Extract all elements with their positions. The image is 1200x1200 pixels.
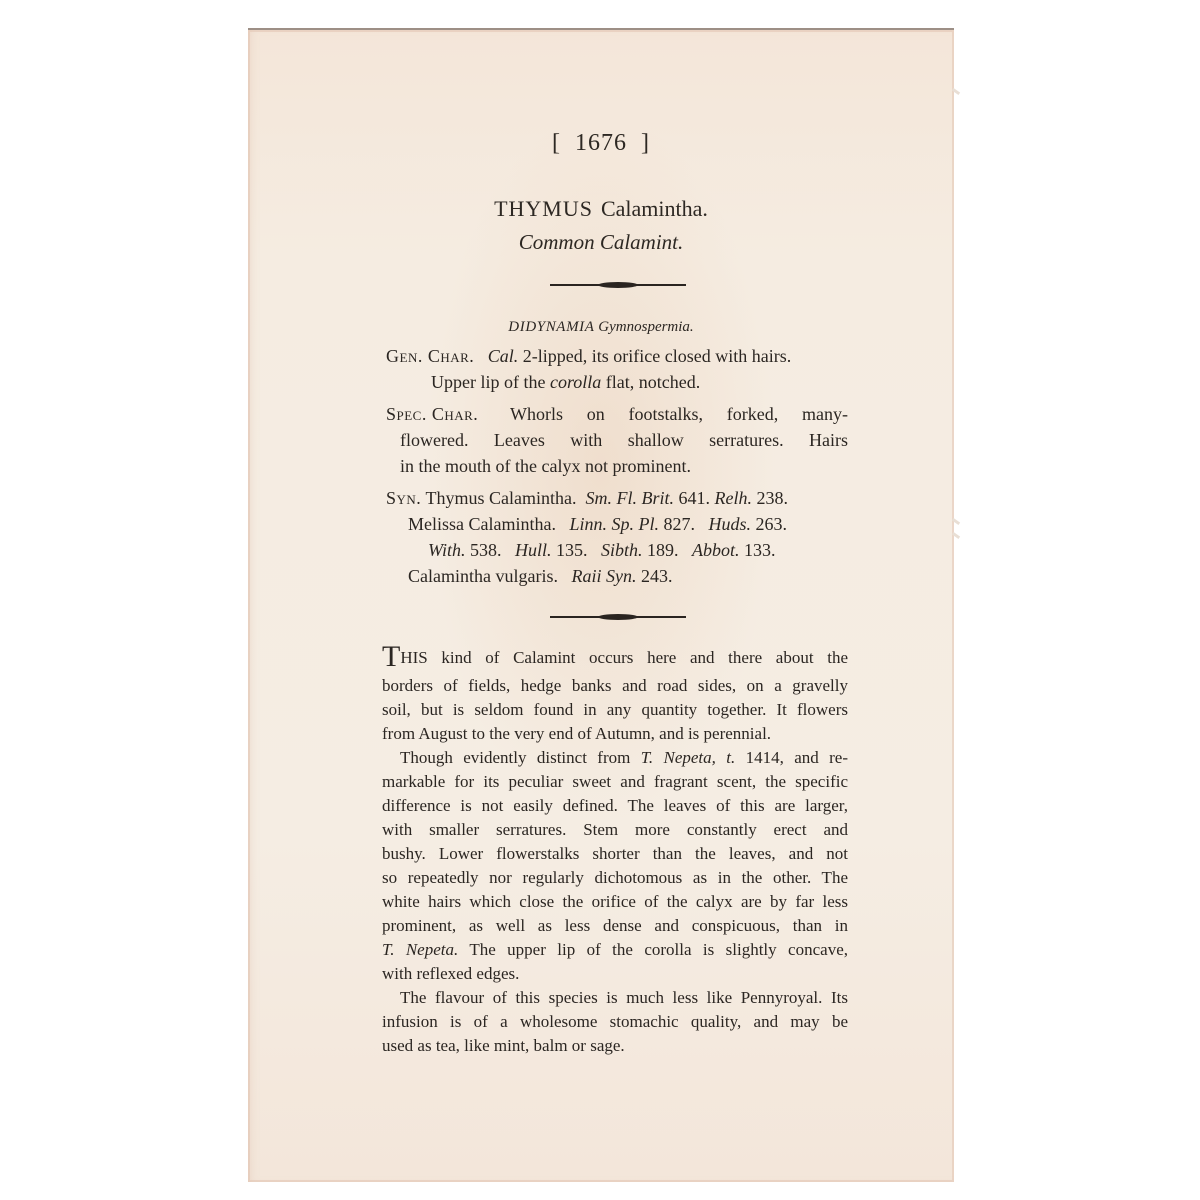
scan-background: [1676] THYMUSCalamintha. Common Calamint… [0, 0, 1200, 1200]
genus-name: THYMUS [494, 196, 593, 221]
body-paragraph-2-line: T. Nepeta. The upper lip of the corolla … [382, 940, 848, 960]
body-paragraph-2-line: white hairs which close the orifice of t… [382, 892, 848, 912]
calyx-abbr: Cal. [488, 346, 519, 366]
ornamental-rule [550, 284, 686, 286]
linnaean-classification: DIDYNAMIA Gymnospermia. [248, 319, 954, 336]
specific-character-line-3: in the mouth of the calyx not prominent. [400, 456, 691, 477]
synonym-row-2: Melissa Calamintha. Linn. Sp. Pl. 827. H… [408, 514, 787, 535]
body-paragraph-1-line: borders of fields, hedge banks and road … [382, 676, 848, 696]
drop-cap: T [382, 640, 400, 673]
common-name: Common Calamint. [248, 230, 954, 255]
deckle-edge-mark [952, 88, 960, 95]
gen-char-text: 2-lipped, its orifice closed with hairs. [523, 346, 791, 366]
page-number-value: 1676 [575, 130, 627, 156]
reference-abbr: Relh. [714, 488, 752, 508]
page-number: [1676] [248, 130, 954, 157]
reference-num: 641. [678, 488, 710, 508]
reference-abbr: Huds. [709, 514, 752, 534]
body-text: HIS kind of Calamint occurs here and the… [400, 648, 848, 667]
synonym-name: Calamintha vulgaris. [408, 566, 558, 586]
body-paragraph-3-line: used as tea, like mint, balm or sage. [382, 1036, 848, 1056]
generic-character-line-1: Gen. Char. Cal. 2-lipped, its orifice cl… [386, 346, 791, 367]
reference-abbr: Hull. [515, 540, 552, 560]
body-paragraph-2-line: Though evidently distinct from T. Nepeta… [400, 748, 848, 768]
species-reference: T. Nepeta. [382, 940, 458, 959]
species-name: Calamintha. [601, 196, 708, 221]
synonym-row-1: Syn. Thymus Calamintha. Sm. Fl. Brit. 64… [386, 488, 788, 509]
body-text: 1414, and re- [746, 748, 848, 767]
reference-num: 538. [470, 540, 502, 560]
spec-char-label: Spec. Char. [386, 404, 478, 425]
reference-num: 238. [756, 488, 788, 508]
specific-character-line-2: flowered. Leaves with shallow serratures… [400, 430, 848, 451]
reference-num: 135. [556, 540, 588, 560]
spec-char-text: Whorls on footstalks, forked, many- [510, 404, 848, 425]
reference-abbr: Abbot. [692, 540, 740, 560]
body-paragraph-2-line: with smaller serratures. Stem more const… [382, 820, 848, 840]
body-paragraph-1-line: THIS kind of Calamint occurs here and th… [382, 642, 848, 672]
synonym-row-3: With. 538. Hull. 135. Sibth. 189. Abbot.… [428, 540, 776, 561]
body-paragraph-2-line: difference is not easily defined. The le… [382, 796, 848, 816]
synonym-name: Melissa Calamintha. [408, 514, 556, 534]
body-paragraph-3-line: infusion is of a wholesome stomachic qua… [382, 1012, 848, 1032]
specific-character-line-1: Spec. Char. Whorls on footstalks, forked… [386, 404, 848, 425]
syn-label: Syn. [386, 488, 421, 508]
synonym-name: Thymus Calamintha. [425, 488, 576, 508]
body-paragraph-1-line: soil, but is seldom found in any quantit… [382, 700, 848, 720]
reference-abbr: With. [428, 540, 466, 560]
reference-abbr: Raii Syn. [571, 566, 636, 586]
reference-abbr: Linn. Sp. Pl. [569, 514, 659, 534]
body-paragraph-2-line: markable for its peculiar sweet and frag… [382, 772, 848, 792]
generic-character-line-2: Upper lip of the corolla flat, notched. [431, 372, 700, 393]
reference-abbr: Sibth. [601, 540, 643, 560]
body-text: The upper lip of the corolla is slightly… [469, 940, 848, 959]
body-paragraph-2-line: with reflexed edges. [382, 964, 848, 984]
body-paragraph-2-line: prominent, as well as less dense and con… [382, 916, 848, 936]
gen-char-text: flat, notched. [606, 372, 700, 392]
gen-char-label: Gen. Char. [386, 346, 474, 366]
body-paragraph-3-line: The flavour of this species is much less… [400, 988, 848, 1008]
synonym-row-4: Calamintha vulgaris. Raii Syn. 243. [408, 566, 672, 587]
reference-num: 827. [664, 514, 696, 534]
species-title: THYMUSCalamintha. [248, 196, 954, 222]
body-paragraph-2-line: bushy. Lower flowerstalks shorter than t… [382, 844, 848, 864]
reference-num: 189. [647, 540, 679, 560]
class-name: DIDYNAMIA [508, 319, 594, 335]
bracket-close: ] [627, 130, 664, 156]
deckle-edge-mark [952, 518, 960, 525]
bracket-open: [ [538, 130, 575, 156]
species-reference: T. Nepeta, t. [641, 748, 736, 767]
gen-char-text: Upper lip of the [431, 372, 545, 392]
deckle-edge-mark [952, 532, 960, 539]
body-paragraph-2-line: so repeatedly nor regularly dichotomous … [382, 868, 848, 888]
ornamental-rule [550, 616, 686, 618]
reference-num: 243. [641, 566, 673, 586]
book-page: [1676] THYMUSCalamintha. Common Calamint… [248, 28, 954, 1182]
reference-abbr: Sm. Fl. Brit. [585, 488, 674, 508]
order-name: Gymnospermia. [598, 319, 693, 335]
corolla-term: corolla [550, 372, 601, 392]
body-paragraph-1-line: from August to the very end of Autumn, a… [382, 724, 848, 744]
reference-num: 263. [756, 514, 788, 534]
body-text: Though evidently distinct from [400, 748, 630, 767]
reference-num: 133. [744, 540, 776, 560]
